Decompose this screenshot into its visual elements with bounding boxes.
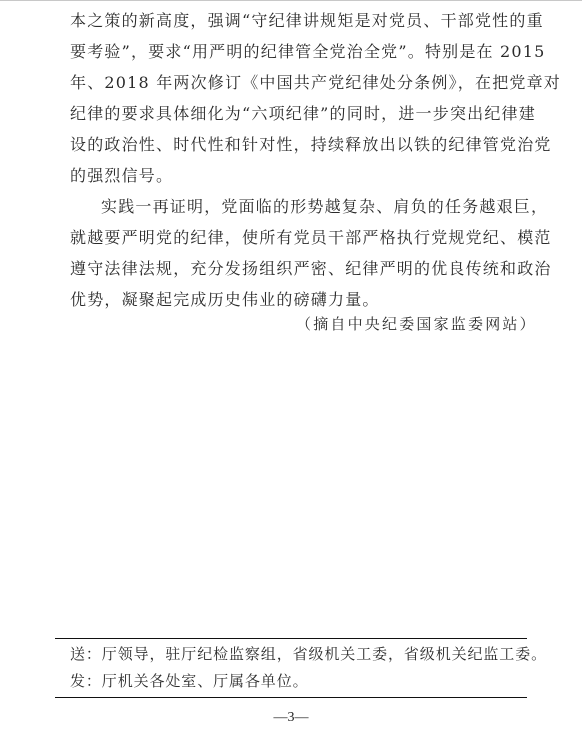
distribution-block: 送：厅领导，驻厅纪检监察组，省级机关工委，省级机关纪监工委。 发：厅机关各处室、… bbox=[70, 641, 540, 695]
body-line: 就越要严明党的纪律，使所有党员干部严格执行党规党纪、模范 bbox=[70, 222, 514, 253]
body-line: 设的政治性、时代性和针对性，持续释放出以铁的纪律管党治党 bbox=[70, 129, 514, 160]
source-attribution: （摘自中央纪委国家监委网站） bbox=[296, 309, 537, 340]
body-line: 本之策的新高度，强调“守纪律讲规矩是对党员、干部党性的重 bbox=[70, 5, 514, 36]
body-line: 遵守法律法规，充分发扬组织严密、纪律严明的优良传统和政治 bbox=[70, 253, 514, 284]
body-line: 纪律的要求具体细化为“六项纪律”的同时，进一步突出纪律建 bbox=[70, 98, 514, 129]
page-number: —3— bbox=[0, 709, 582, 727]
send-to-line: 送：厅领导，驻厅纪检监察组，省级机关工委，省级机关纪监工委。 bbox=[70, 641, 540, 668]
body-line: 年、2018 年两次修订《中国共产党纪律处分条例》，在把党章对 bbox=[70, 67, 514, 98]
distribution-top-rule bbox=[55, 638, 527, 639]
document-body: 本之策的新高度，强调“守纪律讲规矩是对党员、干部党性的重 要考验”，要求“用严明… bbox=[70, 5, 514, 315]
page-top-border bbox=[0, 0, 582, 1]
body-line: 的强烈信号。 bbox=[70, 160, 514, 191]
body-line: 要考验”，要求“用严明的纪律管全党治全党”。特别是在 2015 bbox=[70, 36, 514, 67]
issue-to-line: 发：厅机关各处室、厅属各单位。 bbox=[70, 668, 540, 695]
distribution-bottom-rule bbox=[55, 697, 527, 698]
body-line: 实践一再证明，党面临的形势越复杂、肩负的任务越艰巨， bbox=[70, 191, 514, 222]
